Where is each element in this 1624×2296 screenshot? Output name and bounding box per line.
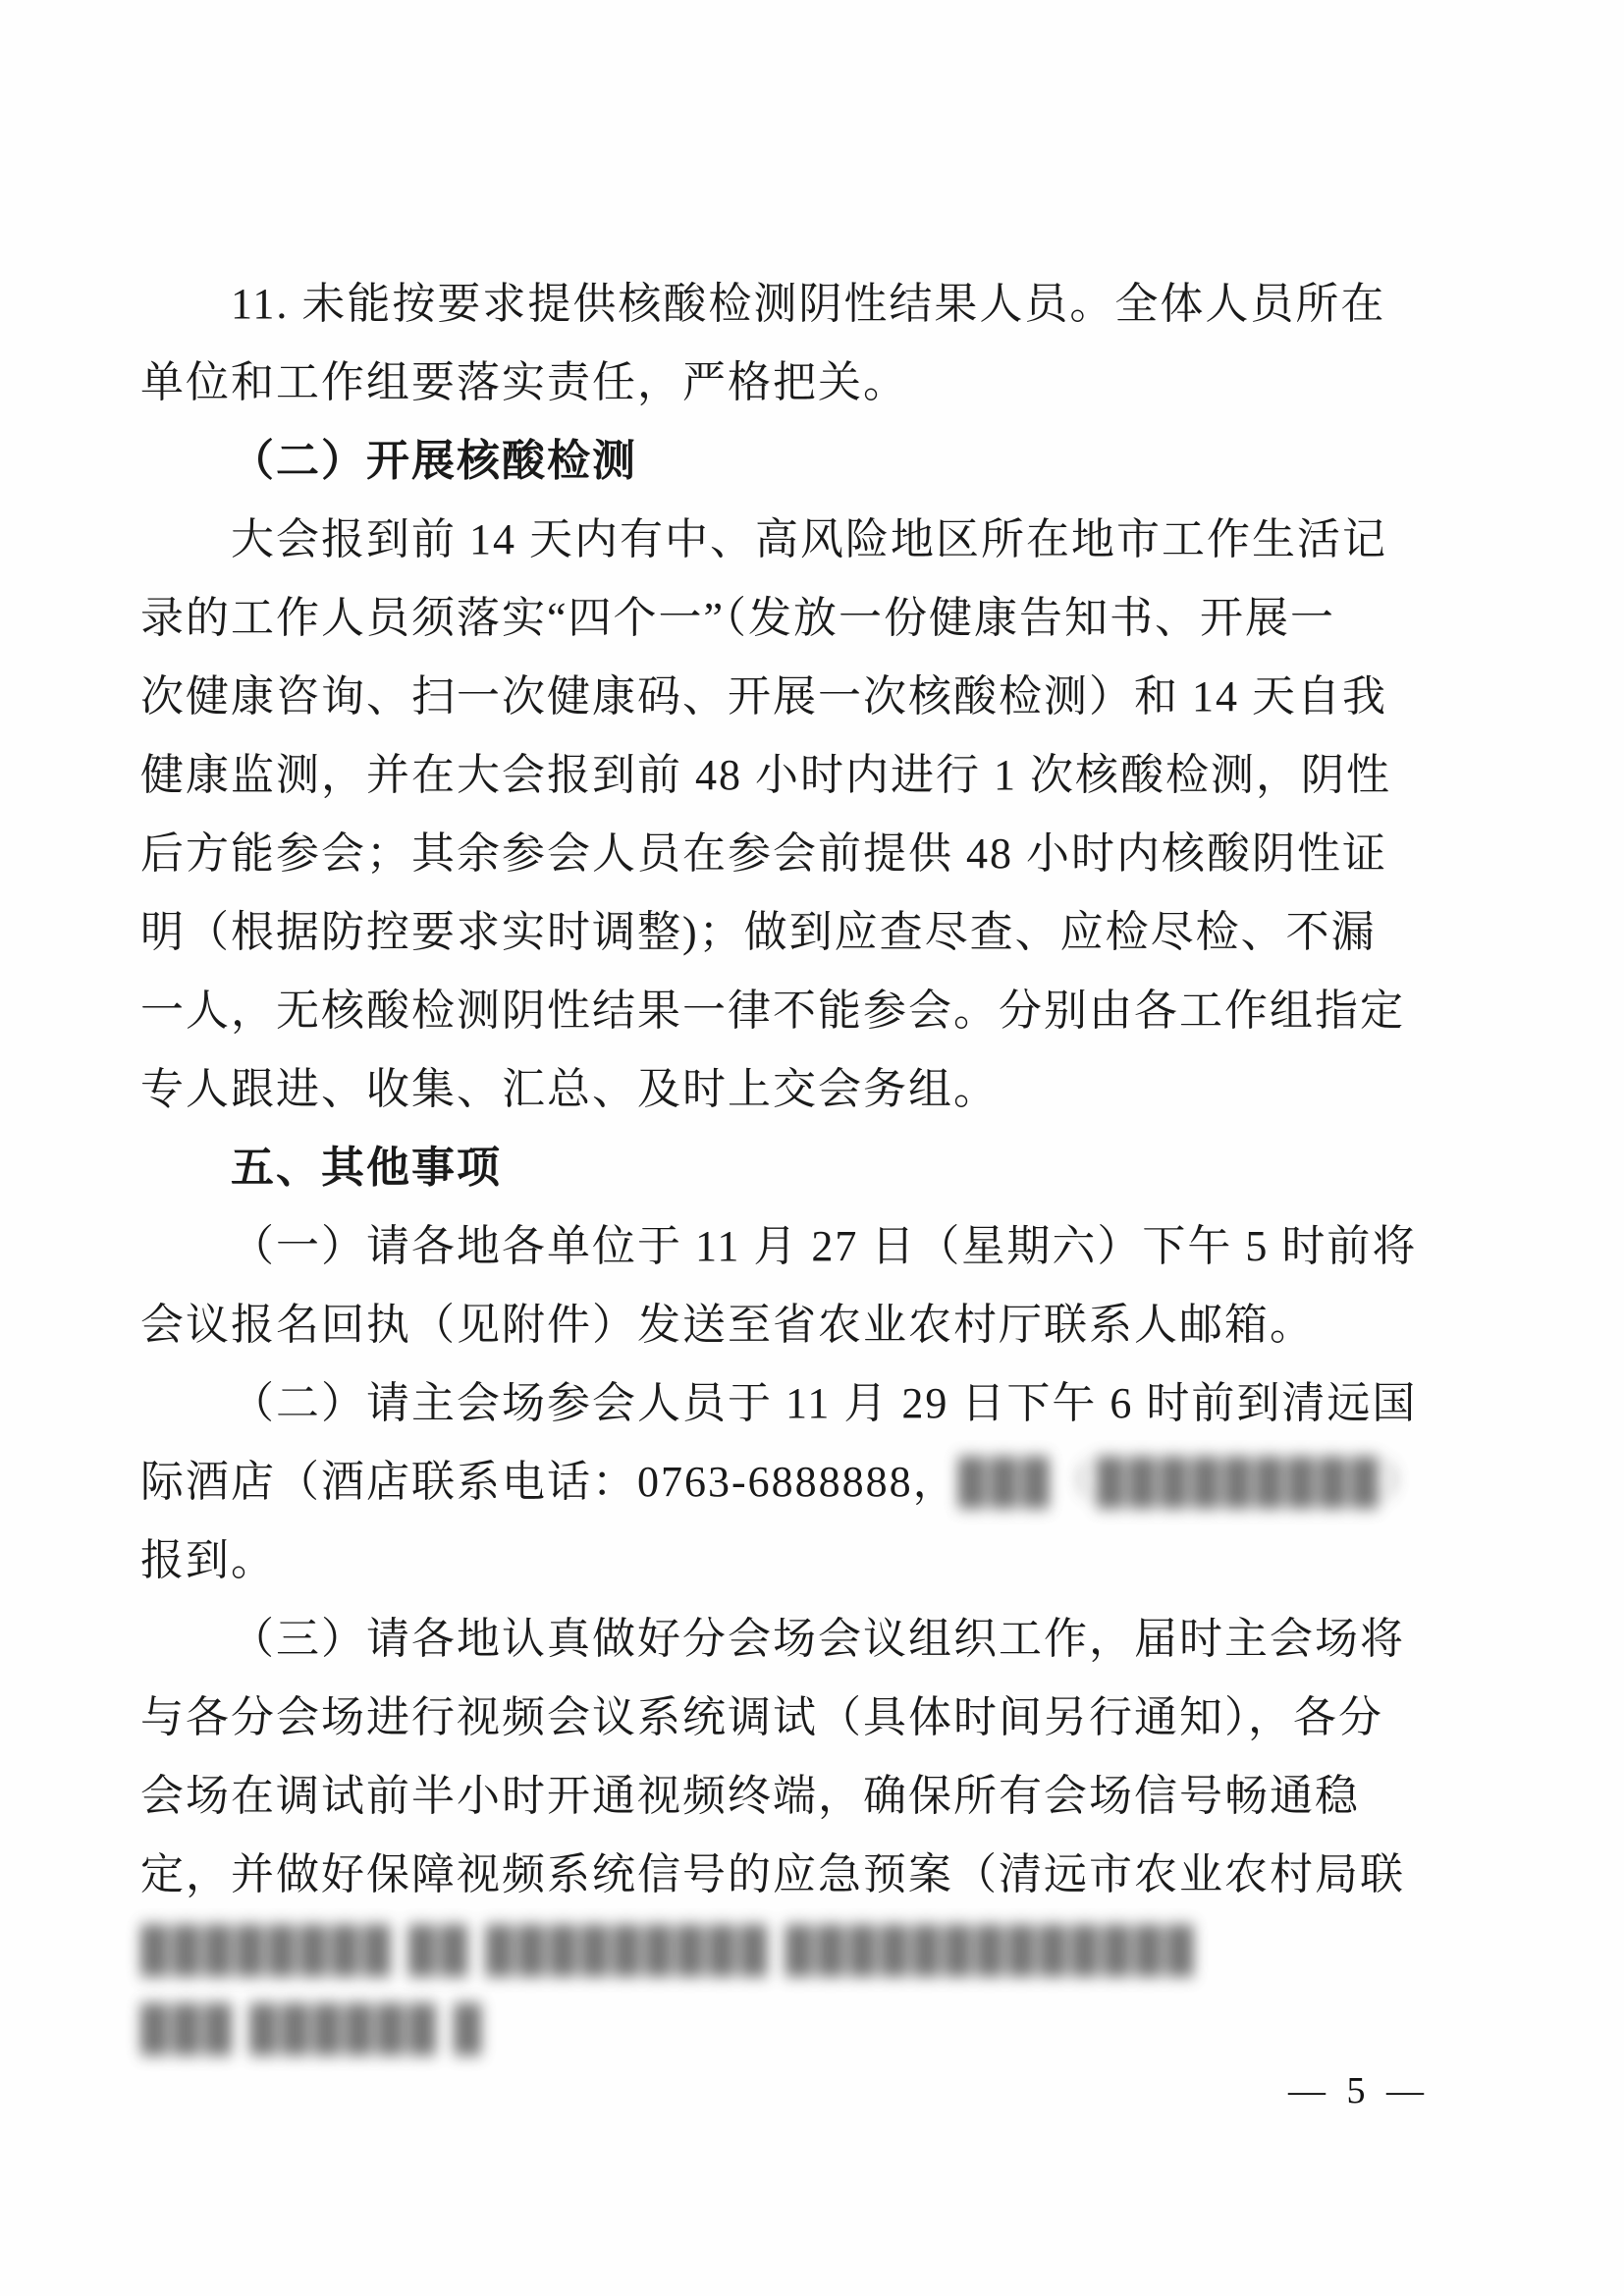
- text-segment: 次健康咨询、扫一次健康码、开展一次核酸检测）和 14 天自我: [140, 661, 1387, 723]
- text-line: 次健康咨询、扫一次健康码、开展一次核酸检测）和 14 天自我: [140, 653, 1446, 731]
- text-segment: 定，并做好保障视频系统信号的应急预案（清远市农业农村局联: [140, 1839, 1405, 1901]
- text-line: 11. 未能按要求提供核酸检测阴性结果人员。全体人员所在: [140, 260, 1446, 339]
- text-line: （二）请主会场参会人员于 11 月 29 日下午 6 时前到清远国: [140, 1360, 1446, 1438]
- text-line: （一）请各地各单位于 11 月 27 日（星期六）下午 5 时前将: [140, 1202, 1446, 1281]
- document-text-block: 11. 未能按要求提供核酸检测阴性结果人员。全体人员所在单位和工作组要落实责任，…: [140, 260, 1446, 2066]
- redacted-text-segment: ████████ ██ █████████ █████████████: [140, 1923, 1198, 1974]
- text-segment: 录的工作人员须落实“四个一”（发放一份健康告知书、开展一: [140, 582, 1335, 645]
- text-line: 单位和工作组要落实责任，严格把关。: [140, 339, 1446, 417]
- text-segment: 11. 未能按要求提供核酸检测阴性结果人员。全体人员所在: [231, 268, 1385, 331]
- text-line: 录的工作人员须落实“四个一”（发放一份健康告知书、开展一: [140, 574, 1446, 653]
- text-segment: （二）请主会场参会人员于 11 月 29 日下午 6 时前到清远国: [231, 1367, 1417, 1430]
- text-line: 一人，无核酸检测阴性结果一律不能参会。分别由各工作组指定: [140, 967, 1446, 1045]
- redacted-text-segment: ███（█████████）: [958, 1447, 1426, 1509]
- page-number: — 5 —: [1288, 2069, 1430, 2112]
- text-segment: 与各分会场进行视频会议系统调试（具体时间另行通知），各分: [140, 1682, 1383, 1744]
- text-line: 大会报到前 14 天内有中、高风险地区所在地市工作生活记: [140, 496, 1446, 574]
- text-line: 会场在调试前半小时开通视频终端，确保所有会场信号畅通稳: [140, 1752, 1446, 1831]
- text-segment: 后方能参会；其余参会人员在参会前提供 48 小时内核酸阴性证: [140, 818, 1387, 881]
- text-line: 专人跟进、收集、汇总、及时上交会务组。: [140, 1045, 1446, 1124]
- text-line: 后方能参会；其余参会人员在参会前提供 48 小时内核酸阴性证: [140, 810, 1446, 888]
- text-segment: （三）请各地认真做好分会场会议组织工作，届时主会场将: [231, 1603, 1405, 1666]
- text-line: ███ ██████ █: [140, 1988, 1446, 2066]
- text-segment: 会议报名回执（见附件）发送至省农业农村厅联系人邮箱。: [140, 1289, 1315, 1352]
- text-line: 定，并做好保障视频系统信号的应急预案（清远市农业农村局联: [140, 1831, 1446, 1909]
- document-page: 11. 未能按要求提供核酸检测阴性结果人员。全体人员所在单位和工作组要落实责任，…: [0, 0, 1624, 2296]
- text-segment: 单位和工作组要落实责任，严格把关。: [140, 347, 908, 409]
- text-line: 报到。: [140, 1517, 1446, 1595]
- text-line: 明（根据防控要求实时调整)；做到应查尽查、应检尽检、不漏: [140, 888, 1446, 967]
- text-segment: 五、其他事项: [231, 1132, 502, 1195]
- text-line: （三）请各地认真做好分会场会议组织工作，届时主会场将: [140, 1595, 1446, 1674]
- text-line: 与各分会场进行视频会议系统调试（具体时间另行通知），各分: [140, 1674, 1446, 1752]
- text-line: 健康监测，并在大会报到前 48 小时内进行 1 次核酸检测，阴性: [140, 731, 1446, 810]
- text-line: 会议报名回执（见附件）发送至省农业农村厅联系人邮箱。: [140, 1281, 1446, 1360]
- text-segment: （二）开展核酸检测: [231, 425, 637, 488]
- text-segment: （一）请各地各单位于 11 月 27 日（星期六）下午 5 时前将: [231, 1210, 1417, 1273]
- text-line: （二）开展核酸检测: [140, 417, 1446, 496]
- text-segment: 会场在调试前半小时开通视频终端，确保所有会场信号畅通稳: [140, 1760, 1360, 1823]
- text-segment: 明（根据防控要求实时调整)；做到应查尽查、应检尽检、不漏: [140, 896, 1377, 959]
- text-segment: 专人跟进、收集、汇总、及时上交会务组。: [140, 1053, 999, 1116]
- text-segment: 大会报到前 14 天内有中、高风险地区所在地市工作生活记: [231, 504, 1387, 566]
- text-segment: 际酒店（酒店联系电话：0763-6888888，: [140, 1446, 958, 1509]
- text-line: 际酒店（酒店联系电话：0763-6888888，███（█████████）: [140, 1438, 1446, 1517]
- redacted-text-segment: ███ ██████ █: [140, 2002, 485, 2053]
- text-segment: 一人，无核酸检测阴性结果一律不能参会。分别由各工作组指定: [140, 975, 1405, 1038]
- text-line: 五、其他事项: [140, 1124, 1446, 1202]
- text-segment: 报到。: [140, 1524, 276, 1587]
- text-segment: 健康监测，并在大会报到前 48 小时内进行 1 次核酸检测，阴性: [140, 739, 1391, 802]
- text-line: ████████ ██ █████████ █████████████: [140, 1909, 1446, 1988]
